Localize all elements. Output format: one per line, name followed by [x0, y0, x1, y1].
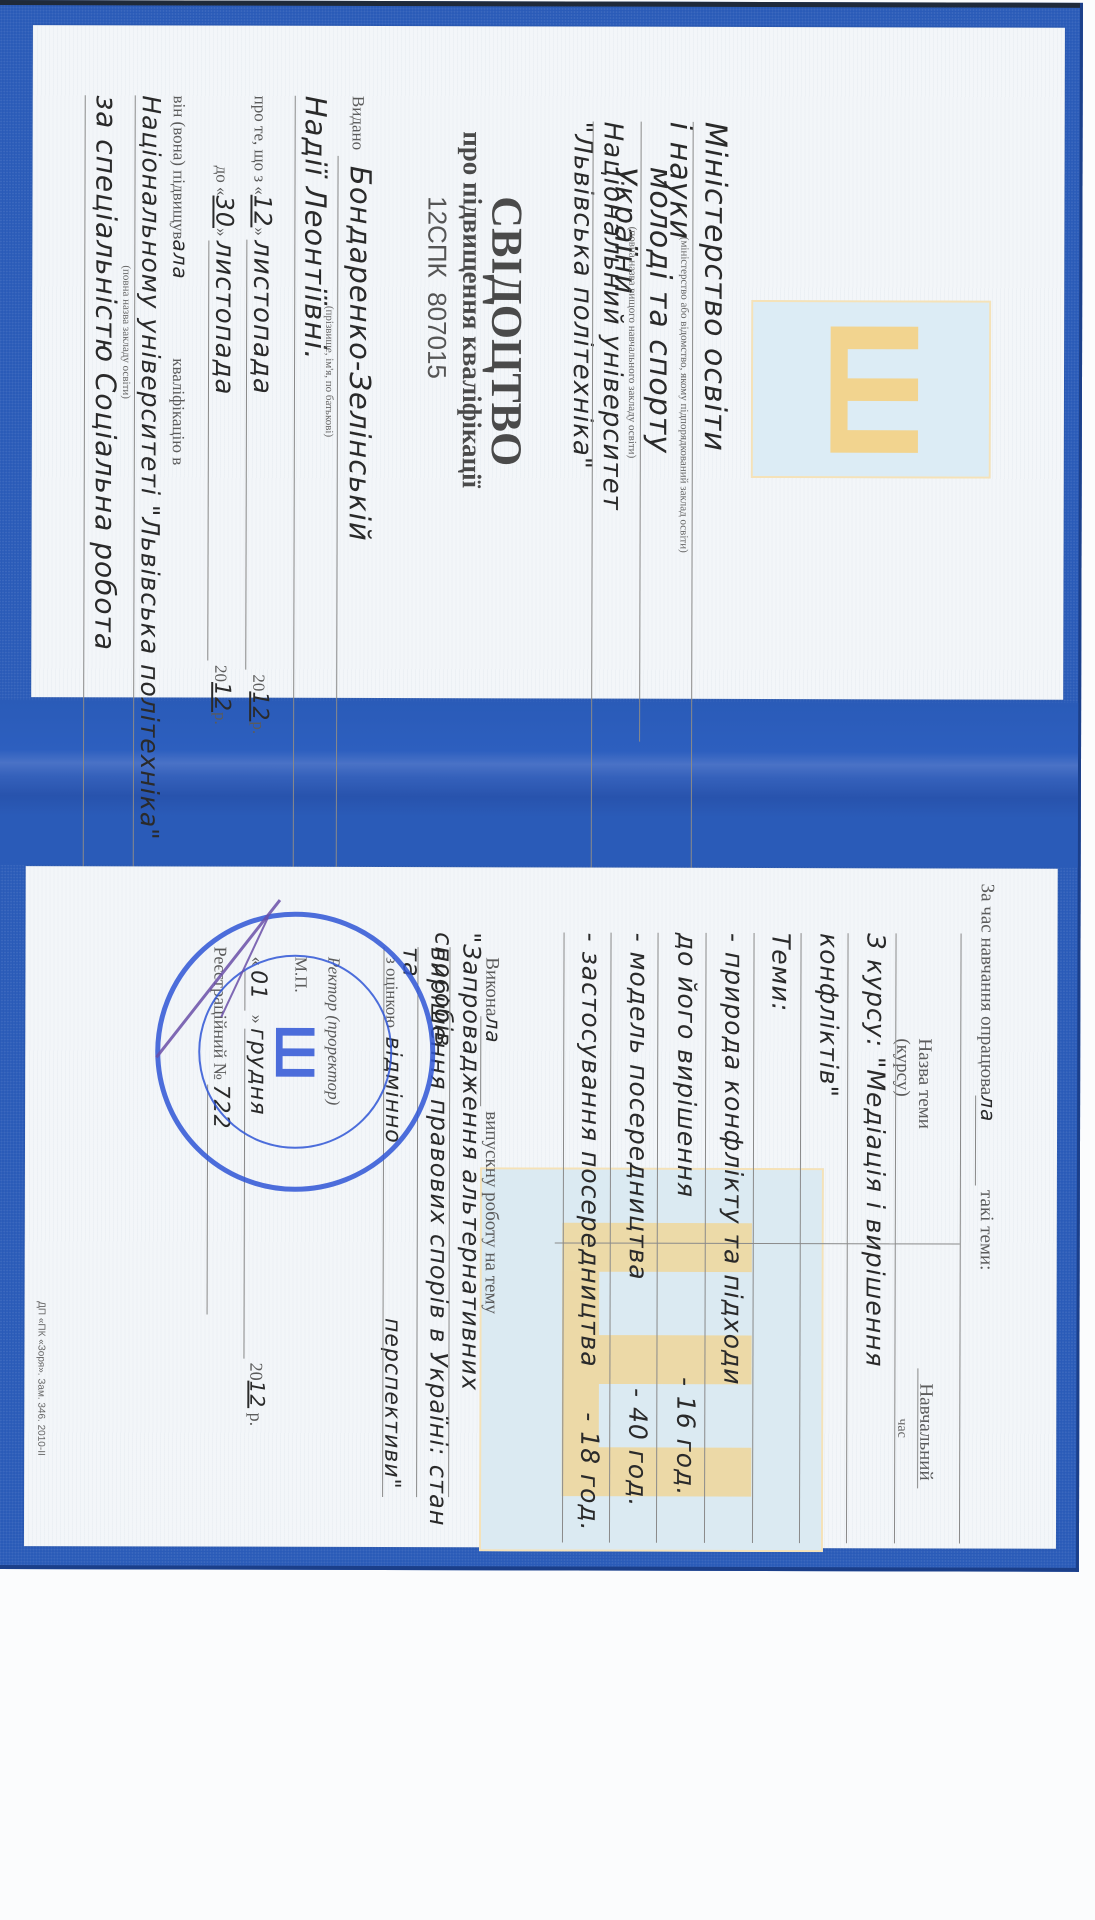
year-suffix: р. — [246, 1413, 266, 1427]
topic-row: до його вирішення - 16 год. — [671, 933, 701, 1497]
year-suffix: р. — [249, 721, 268, 734]
topic-row: Теми: — [766, 933, 795, 1012]
date-year: 12 — [245, 1381, 269, 1409]
trident-icon: Ш — [801, 315, 940, 464]
period-to-month: листопада — [207, 241, 239, 661]
period-from-year-prefix: 20 — [249, 674, 268, 691]
ministry-caption: (міністерство або відомство, якому підпо… — [678, 237, 691, 553]
col-topic-header: Назва теми (курсу) — [891, 1038, 935, 1160]
certificate-front-page: Ш Міністерство освіти і науки (міністерс… — [31, 25, 1065, 700]
certificate-serial: 12СПК 807015 — [421, 196, 452, 379]
period-to-year: 12 — [209, 682, 234, 712]
table-top-border — [959, 934, 962, 1544]
topic-row: конфліктів" — [814, 933, 843, 1098]
topics-intro: За час навчання опрацювала такі теми: — [975, 884, 1001, 1271]
topics-intro-hand: ла — [975, 1095, 1000, 1185]
period-from-label: про те, що з « — [250, 96, 269, 195]
coat-of-arms-emblem: Ш — [751, 300, 991, 479]
certificate-series: 12СПК — [422, 196, 452, 278]
topic-row: - застосування посередництва - 18 год. — [575, 933, 606, 1532]
issued-name-1: Бондаренко-Зелінській — [343, 166, 378, 542]
period-to-year-prefix: 20 — [211, 665, 230, 682]
topics-intro-suffix: такі теми: — [976, 1190, 997, 1270]
col-divider — [895, 1243, 960, 1244]
certificate-title: СВІДОЦТВО — [481, 196, 533, 466]
improved-label-prefix: він (вона) підвищув — [169, 95, 188, 239]
topic-row: - модель посередництва - 40 год. — [623, 933, 654, 1508]
cover-top-edge — [0, 0, 1080, 8]
official-stamp: Ш МІНІСТЕРСТВО ОСВІТИ І НАУКИ, МОЛОДІ ТА… — [155, 911, 436, 1192]
topics-intro-prefix: За час навчання опрацюва — [976, 884, 998, 1096]
quote-close: » — [250, 227, 269, 236]
year-suffix: р. — [211, 712, 230, 725]
certificate-number: 807015 — [422, 292, 452, 379]
issued-label: Видано — [348, 96, 368, 150]
quote-close: » — [212, 228, 231, 237]
table-rule — [846, 933, 849, 1543]
period-from-row: про те, що з «12» листопада 2012р. — [244, 96, 277, 976]
topic-row: З курсу: "Медіація і вирішення — [860, 933, 890, 1367]
period-from-month: листопада — [245, 240, 277, 670]
stamp-emblem-icon: Ш — [263, 1024, 328, 1080]
table-rule — [894, 933, 897, 1543]
name-caption: (прізвище, ім'я, по батькові) — [323, 306, 335, 437]
period-to-row: до «30» листопада 2012р. — [206, 166, 239, 986]
topic-row: - природа конфлікту та підходи — [718, 933, 748, 1386]
improved-label-suffix: кваліфікацію в — [169, 358, 188, 465]
institution-line: Національний університет "Львівська полі… — [567, 121, 628, 558]
period-to-day: 30 — [210, 195, 238, 228]
period-to-label: до « — [212, 166, 231, 196]
improved-row: він (вона) підвищувала кваліфікацію в — [168, 95, 193, 465]
date-year-prefix: 20 — [246, 1363, 266, 1381]
printer-note: ДП «ПК «Зоря». Зам. 346. 2010-ІІ — [35, 1301, 46, 1456]
improved-label-hand: ала — [168, 239, 192, 279]
certificate-subtitle: про підвищення кваліфікації — [456, 131, 488, 488]
institution-caption: (повна назва вищого навчального закладу … — [626, 227, 639, 459]
improved-institution: Національному університеті "Львівська по… — [135, 95, 166, 840]
period-from-day: 12 — [248, 195, 276, 228]
specialty: за спеціальністю Соціальна робота — [88, 95, 122, 651]
period-from-year: 12 — [247, 691, 272, 721]
certificate-cover: Ш Міністерство освіти і науки (міністерс… — [0, 0, 1083, 1572]
col-hours-header-2: час — [893, 1418, 909, 1438]
certificate-inner-page: Ш За час навчання опрацювала такі теми: … — [24, 866, 1058, 1549]
